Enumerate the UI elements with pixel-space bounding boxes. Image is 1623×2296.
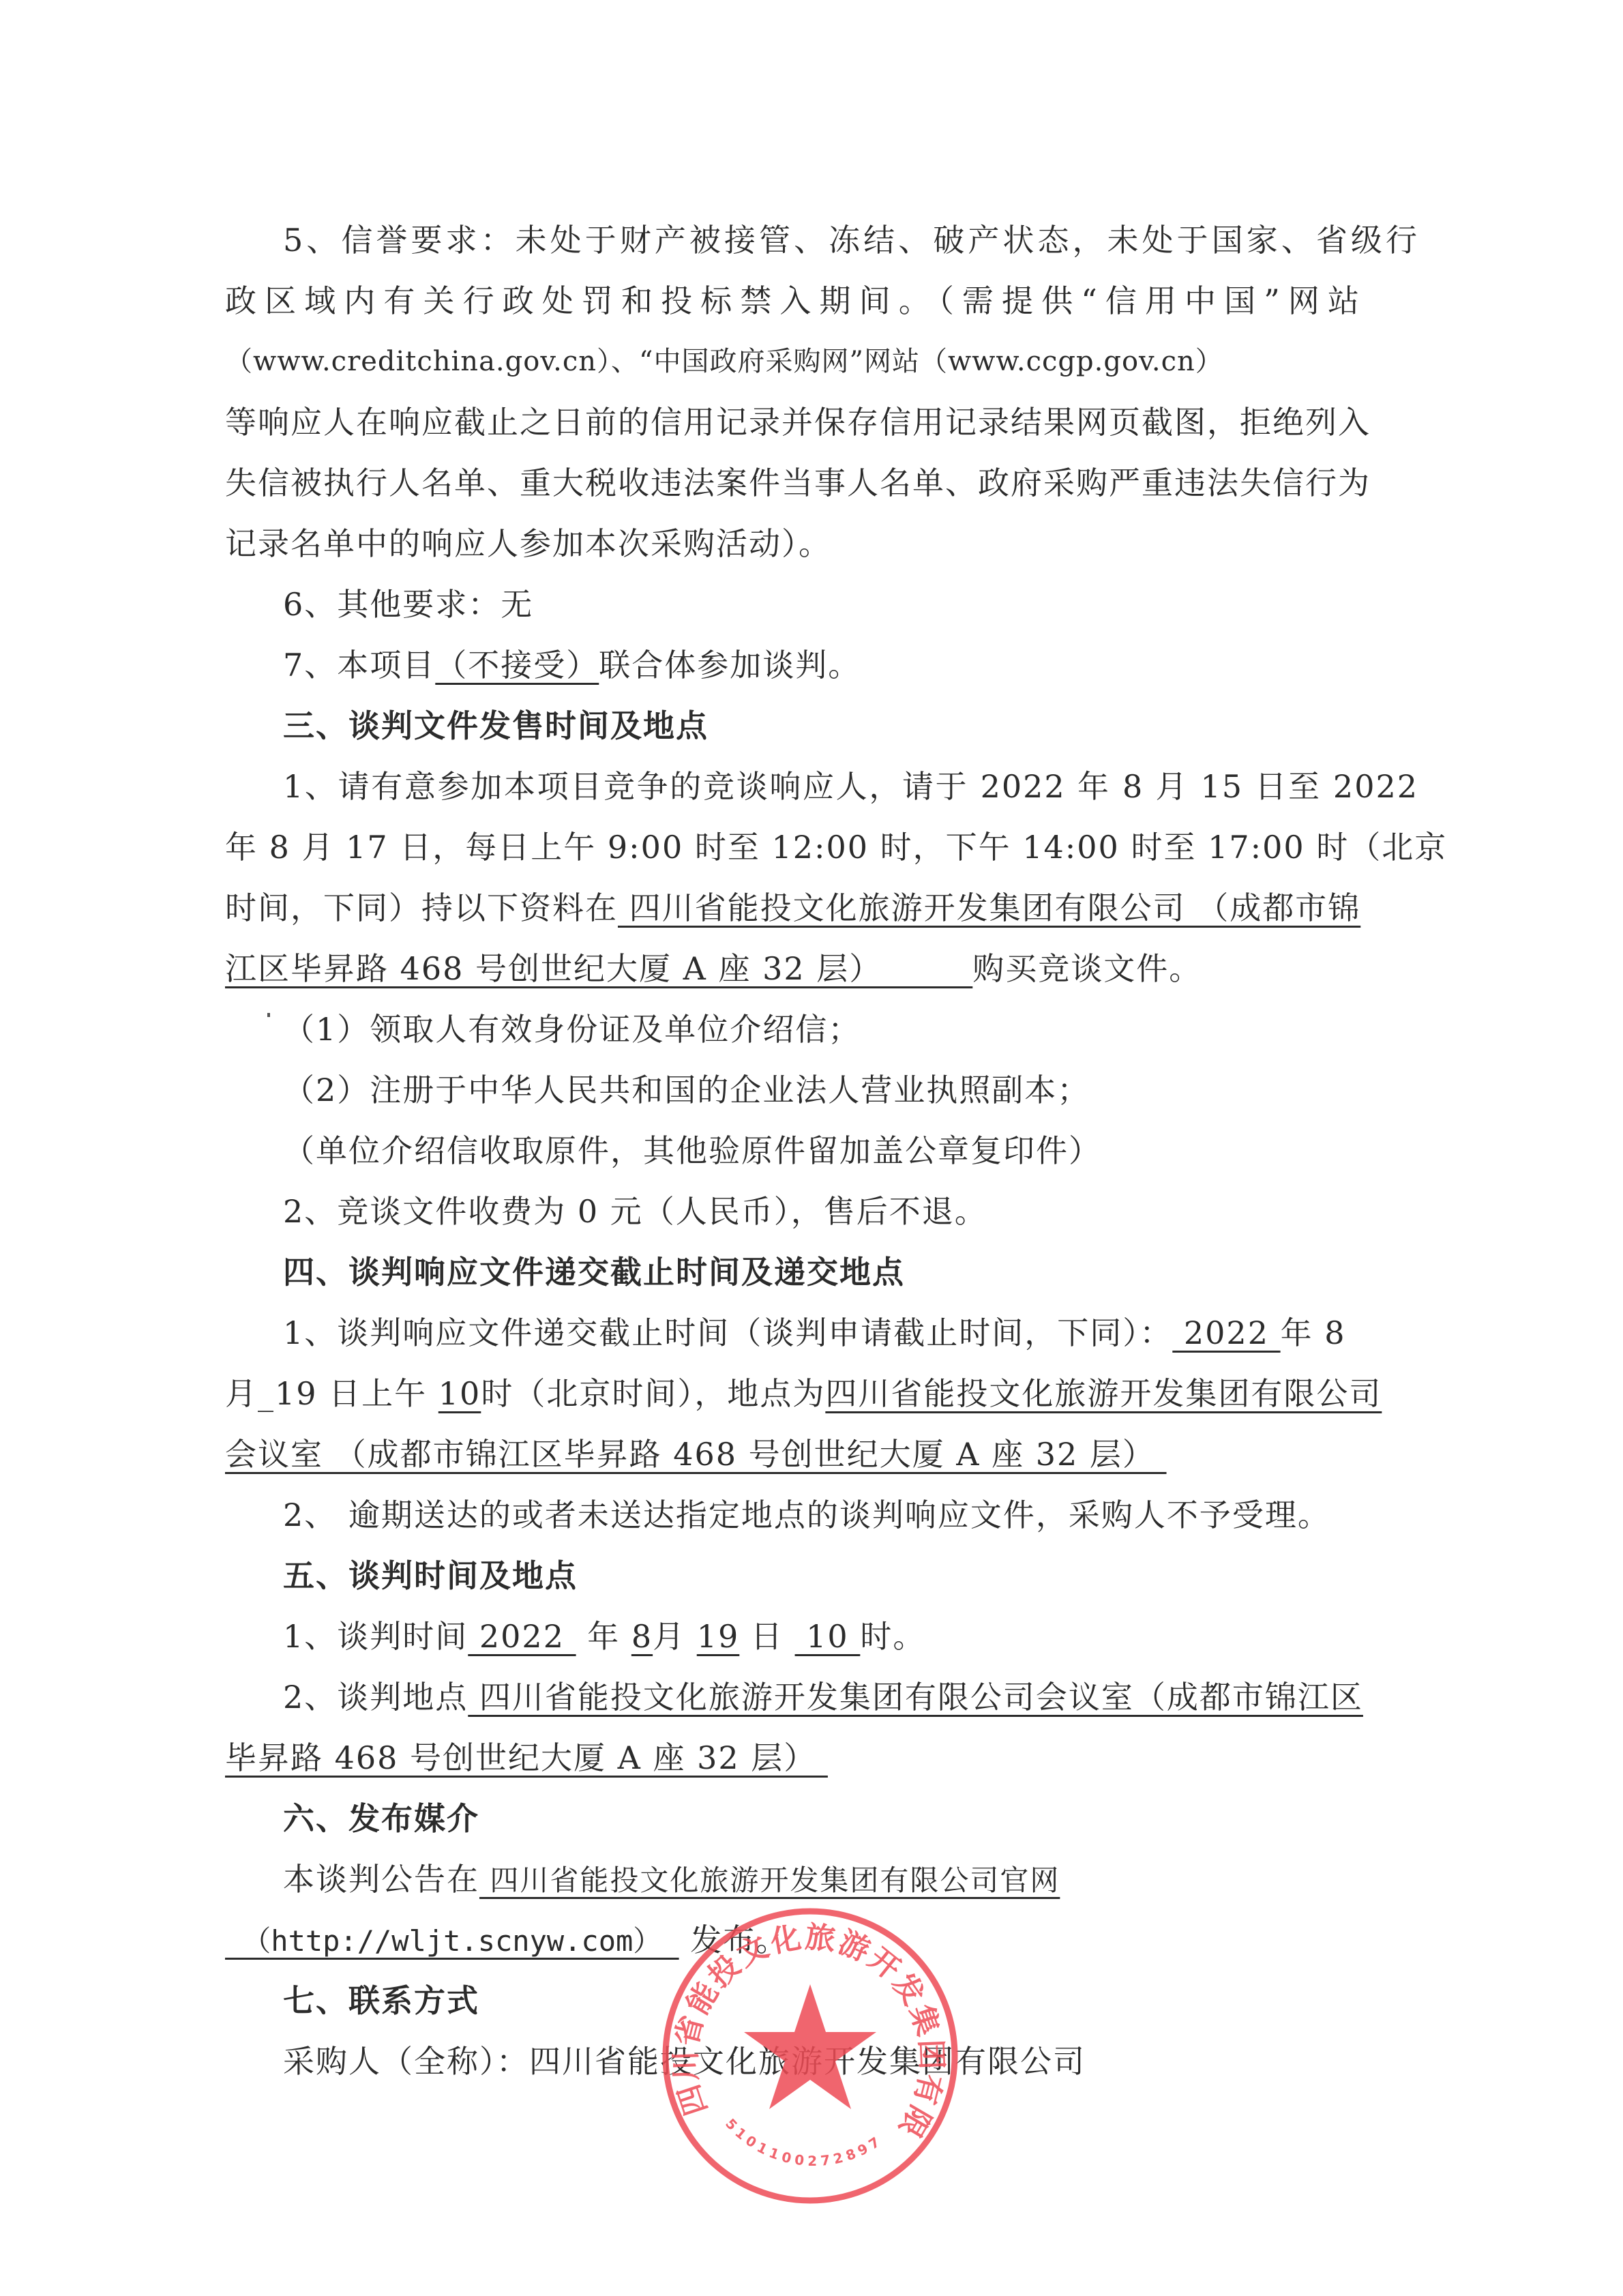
credit-requirement-text: 政区域内有关行政处罚和投标禁入期间。（需提供“信用中国”网站 [225,282,1360,319]
material-note: （单位介绍信收取原件，其他验原件留加盖公章复印件） [283,1121,1418,1181]
seal-number: 5101100272897 [722,2115,886,2169]
deadline-location: 四川省能投文化旅游开发集团有限公司 [825,1375,1382,1412]
credit-requirement-line-2: 政区域内有关行政处罚和投标禁入期间。（需提供“信用中国”网站 [225,271,1360,332]
section-5-heading: 五、谈判时间及地点 [283,1546,1418,1606]
credit-requirement-urls: （www.creditchina.gov.cn）、“中国政府采购网”网站（www… [225,332,1360,392]
sale-location-prefix: 时间，下同）持以下资料在 [225,889,618,926]
consortium-clause: 7、本项目（不接受）联合体参加谈判。 [283,635,1418,696]
negotiation-year: 2022 [468,1618,576,1655]
scan-speck [267,1013,270,1017]
deadline-day: 月_19 日上午 [225,1375,438,1412]
section-7-heading: 七、联系方式 [283,1971,1418,2031]
material-item-1: （1）领取人有效身份证及单位介绍信； [283,999,1418,1060]
negotiation-location-cont: 毕昇路 468 号创世纪大厦 A 座 32 层） [225,1739,828,1776]
day-label: 日 [739,1618,794,1655]
section-6-heading: 六、发布媒介 [283,1789,1418,1849]
sale-period-line-1: 1、请有意参加本项目竞争的竞谈响应人，请于 2022 年 8 月 15 日至 2… [283,756,1418,817]
month-label: 月 [653,1618,697,1655]
credit-requirement-line-5: 失信被执行人名单、重大税收违法案件当事人名单、政府采购严重违法失信行为 [225,453,1360,514]
publication-site-name: 四川省能投文化旅游开发集团有限公司官网 [479,1864,1060,1897]
consortium-suffix: 联合体参加谈判。 [599,647,861,683]
publication-suffix: 发布。 [679,1922,789,1958]
publication-prefix: 本谈判公告在 [283,1861,479,1898]
negotiation-location-line-1: 2、谈判地点 四川省能投文化旅游开发集团有限公司会议室（成都市锦江区 [283,1667,1418,1728]
publication-url-link[interactable]: （http://wljt.scnyw.com） [225,1924,679,1958]
negotiation-time: 1、谈判时间 2022 年 8月 19 日 10 时。 [283,1606,1418,1667]
deadline-location-cont: 会议室 （成都市锦江区毕昇路 468 号创世纪大厦 A 座 32 层） [225,1436,1167,1473]
credit-requirement-line-4: 等响应人在响应截止之日前的信用记录并保存信用记录结果网页截图，拒绝列入 [225,392,1360,453]
late-submission-note: 2、 逾期送达的或者未送达指定地点的谈判响应文件，采购人不予受理。 [283,1485,1418,1546]
deadline-month: 年 8 [1281,1314,1346,1351]
publication-line-2: （http://wljt.scnyw.com） 发布。 [225,1910,1360,1971]
negotiation-day: 19 [697,1618,740,1655]
document-page: 5、信誉要求：未处于财产被接管、冻结、破产状态，未处于国家、省级行 政区域内有关… [0,0,1623,2296]
deadline-prefix: 1、谈判响应文件递交截止时间（谈判申请截止时间，下同）： [283,1314,1172,1351]
negotiation-location-label: 2、谈判地点 [283,1679,468,1716]
sale-location-line-1: 时间，下同）持以下资料在 四川省能投文化旅游开发集团有限公司 （成都市锦 [225,878,1360,939]
negotiation-month: 8 [631,1618,653,1655]
consortium-prefix: 7、本项目 [283,647,435,683]
sale-location-line-2: 江区毕昇路 468 号创世纪大厦 A 座 32 层） 购买竞谈文件。 [225,939,1360,999]
credit-requirement-line-6: 记录名单中的响应人参加本次采购活动）。 [225,514,1360,574]
hour-label: 时。 [860,1618,925,1655]
other-requirements: 6、其他要求：无 [283,574,1418,635]
sale-period-line-2: 年 8 月 17 日，每日上午 9:00 时至 12:00 时，下午 14:00… [225,817,1360,878]
credit-requirement-line-1: 5、信誉要求：未处于财产被接管、冻结、破产状态，未处于国家、省级行 [283,210,1418,271]
year-label: 年 [576,1618,631,1655]
section-3-heading: 三、谈判文件发售时间及地点 [283,696,1418,756]
negotiation-hour: 10 [795,1618,861,1655]
deadline-line-2: 月_19 日上午 10时（北京时间），地点为四川省能投文化旅游开发集团有限公司 [225,1364,1360,1424]
publication-line-1: 本谈判公告在 四川省能投文化旅游开发集团有限公司官网 [283,1849,1418,1910]
sale-location-address: 四川省能投文化旅游开发集团有限公司 （成都市锦 [618,889,1360,926]
deadline-line-3: 会议室 （成都市锦江区毕昇路 468 号创世纪大厦 A 座 32 层） [225,1424,1360,1485]
negotiation-time-label: 1、谈判时间 [283,1618,468,1655]
purchaser-name: 采购人（全称）：四川省能投文化旅游开发集团有限公司 [283,2031,1418,2092]
deadline-location-prefix: 时（北京时间），地点为 [481,1375,825,1412]
negotiation-location: 四川省能投文化旅游开发集团有限公司会议室（成都市锦江区 [468,1679,1363,1716]
material-item-2: （2）注册于中华人民共和国的企业法人营业执照副本； [283,1060,1418,1121]
section-4-heading: 四、谈判响应文件递交截止时间及递交地点 [283,1242,1418,1303]
sale-location-suffix: 购买竞谈文件。 [972,950,1202,987]
deadline-line-1: 1、谈判响应文件递交截止时间（谈判申请截止时间，下同）： 2022 年 8 [283,1303,1418,1364]
deadline-hour: 10 [438,1375,481,1412]
document-fee: 2、竞谈文件收费为 0 元（人民币），售后不退。 [283,1181,1418,1242]
deadline-year: 2022 [1172,1314,1280,1351]
sale-location-address-cont: 江区毕昇路 468 号创世纪大厦 A 座 32 层） [225,950,972,987]
negotiation-location-line-2: 毕昇路 468 号创世纪大厦 A 座 32 层） [225,1728,1360,1789]
consortium-value: （不接受） [435,647,599,683]
